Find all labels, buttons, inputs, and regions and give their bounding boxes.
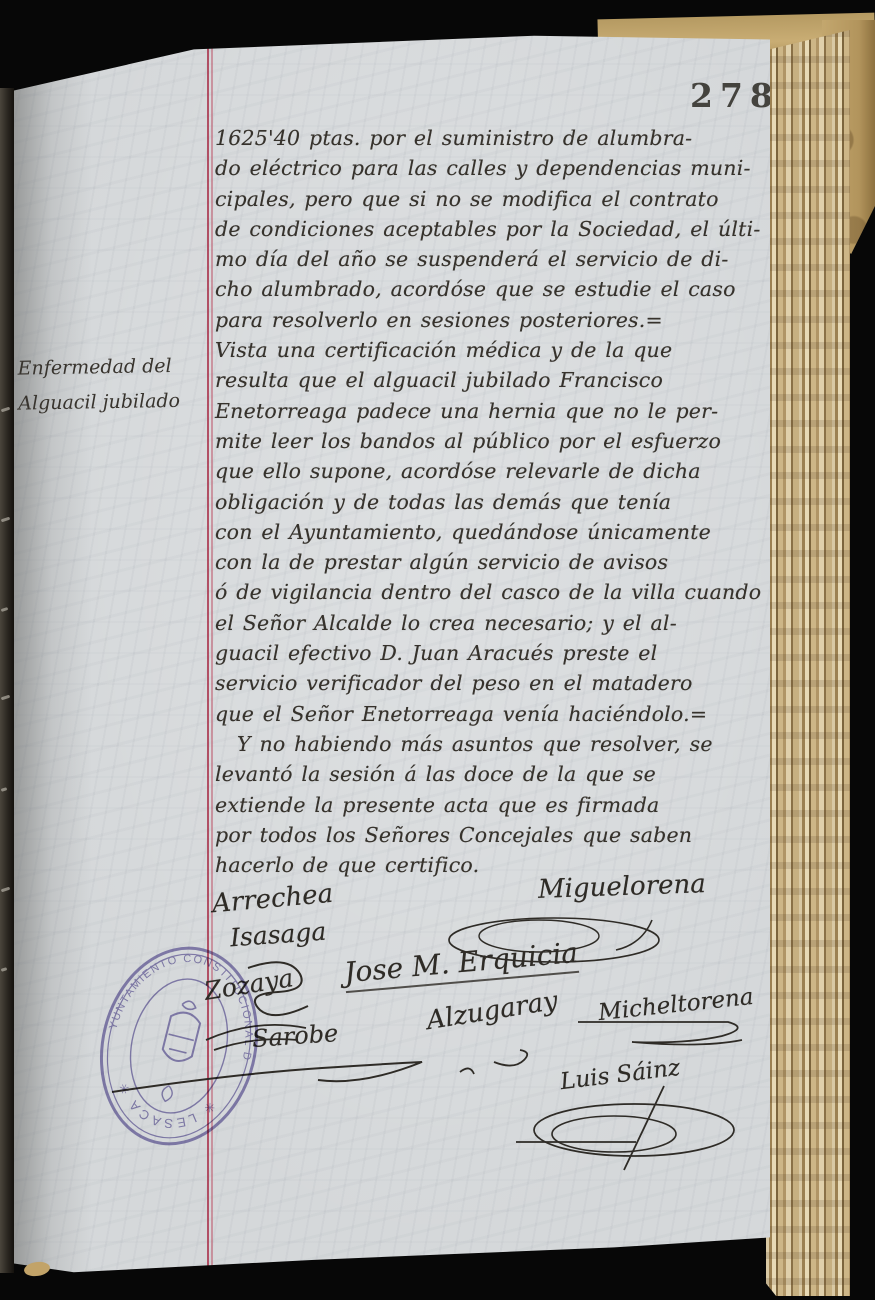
handwritten-line: que ello supone, acordóse relevarle de d… — [215, 459, 781, 489]
handwritten-line: el Señor Alcalde lo crea necesario; y el… — [215, 611, 781, 641]
signature-flourish — [514, 1084, 744, 1174]
ink-bleed-mark — [1, 695, 10, 701]
handwritten-line: Vista una certificación médica y de la q… — [215, 338, 781, 368]
ink-bleed-mark — [1, 967, 8, 972]
signature-miguelorena: Miguelorena — [538, 869, 707, 905]
signature-micheltorena: Micheltorena — [597, 984, 755, 1026]
handwritten-line: ó de vigilancia dentro del casco de la v… — [215, 580, 781, 610]
page-number: 278 — [690, 76, 768, 115]
handwritten-line: obligación y de todas las demás que tení… — [215, 490, 781, 520]
signature-jose-m-erquicia: Jose M. Erquicia — [343, 936, 580, 993]
handwritten-line: extiende la presente acta que es firmada — [215, 793, 781, 823]
handwritten-line: resulta que el alguacil jubilado Francis… — [215, 368, 781, 398]
signature-flourish — [444, 1032, 554, 1092]
manuscript-page: 278 Enfermedad del Alguacil jubilado 162… — [14, 32, 770, 1276]
handwritten-line: servicio verificador del peso en el mata… — [215, 671, 781, 701]
handwritten-text-block: 1625'40 ptas. por el suministro de alumb… — [215, 126, 781, 883]
handwritten-line: Enetorreaga padece una hernia que no le … — [215, 399, 781, 429]
handwritten-line: 1625'40 ptas. por el suministro de alumb… — [215, 126, 781, 156]
handwritten-line: que el Señor Enetorreaga venía haciéndol… — [215, 702, 781, 732]
handwritten-line: levantó la sesión á las doce de la que s… — [215, 762, 781, 792]
margin-note-line: Alguacil jubilado — [18, 383, 209, 421]
handwritten-line: do eléctrico para las calles y dependenc… — [215, 156, 781, 186]
book-scan: { "document": { "page_number": "278", "m… — [0, 0, 875, 1300]
signature-luis-sainz: Luis Sáinz — [559, 1055, 682, 1095]
previous-page-edge — [0, 88, 14, 1273]
ink-bleed-mark — [1, 887, 10, 893]
handwritten-line: cipales, pero que si no se modifica el c… — [215, 187, 781, 217]
ink-bleed-mark — [1, 517, 10, 523]
signature-alzugaray: Alzugaray — [424, 986, 559, 1036]
signature-arrechea: Arrechea — [211, 879, 334, 919]
handwritten-line: para resolverlo en sesiones posteriores.… — [215, 308, 781, 338]
margin-note: Enfermedad del Alguacil jubilado — [17, 348, 208, 421]
handwritten-line: por todos los Señores Concejales que sab… — [215, 823, 781, 853]
page-edges-stack — [766, 30, 850, 1296]
signature-isasaga: Isasaga — [229, 917, 327, 953]
handwritten-line: guacil efectivo D. Juan Aracués preste e… — [215, 641, 781, 671]
margin-note-line: Enfermedad del — [17, 348, 208, 386]
ink-bleed-mark — [1, 787, 8, 792]
handwritten-line: cho alumbrado, acordóse que se estudie e… — [215, 277, 781, 307]
handwritten-line: mite leer los bandos al público por el e… — [215, 429, 781, 459]
ink-bleed-mark — [1, 607, 9, 612]
handwritten-line: Y no habiendo más asuntos que resolver, … — [215, 732, 781, 762]
handwritten-line: mo día del año se suspenderá el servicio… — [215, 247, 781, 277]
ink-bleed-mark — [1, 407, 10, 413]
handwritten-line: con la de prestar algún servicio de avis… — [215, 550, 781, 580]
municipal-stamp: AYUNTAMIENTO CONSTITUCIONAL DE ✳ LESACA … — [71, 923, 287, 1170]
handwritten-line: de condiciones aceptables por la Socieda… — [215, 217, 781, 247]
handwritten-line: con el Ayuntamiento, quedándose únicamen… — [215, 520, 781, 550]
